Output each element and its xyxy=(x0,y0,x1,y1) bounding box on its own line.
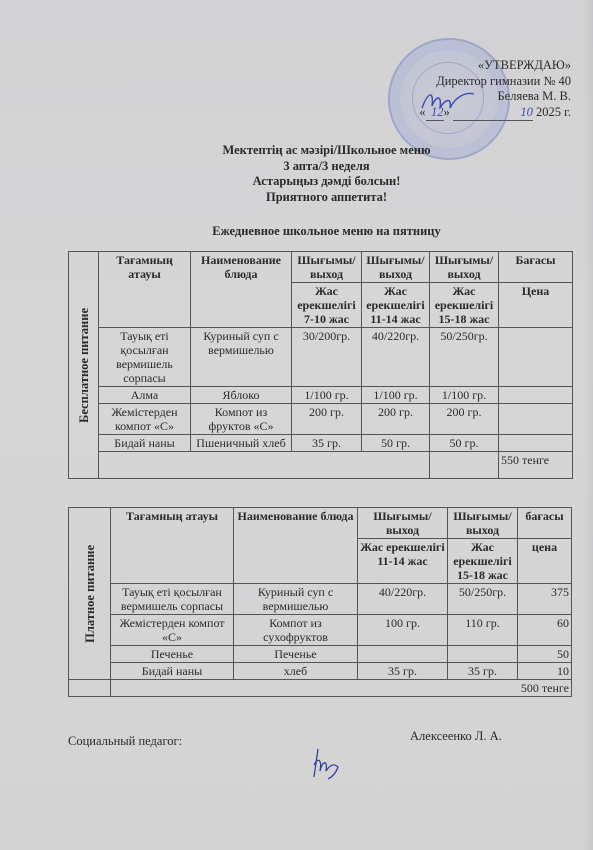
footer-role: Социальный педагог: xyxy=(68,734,182,749)
title-line-2: 3 апта/3 неделя xyxy=(60,159,593,175)
title-line-1: Мектептің ас мәзірі/Школьное меню xyxy=(60,143,593,159)
header-price-ru: Цена xyxy=(499,283,573,328)
table-row: Тауық еті қосылған вермишель сорпасы Кур… xyxy=(69,584,572,615)
header-age-15-18: Жас ерекшелігі 15-18 жас xyxy=(430,283,499,328)
header-age-15-18: Жас ерекшелігі 15-18 жас xyxy=(448,539,518,584)
header-age-11-14: Жас ерекшелігі 11-14 жас xyxy=(358,539,448,584)
page-edge-shadow xyxy=(583,0,593,850)
header-output-2: Шығымы/ выход xyxy=(362,252,430,283)
free-menu-side-label: Бесплатное питание xyxy=(69,252,99,479)
header-name-kz: Тағамның атауы xyxy=(111,508,234,584)
menu-subtitle: Ежедневное школьное меню на пятницу xyxy=(0,224,593,239)
approval-date-day: 12 xyxy=(426,105,444,122)
header-output-1: Шығымы/ выход xyxy=(358,508,448,539)
table-header-row: Бесплатное питание Тағамның атауы Наимен… xyxy=(69,252,573,283)
header-output-3: Шығымы/ выход xyxy=(430,252,499,283)
menu-title-block: Мектептің ас мәзірі/Школьное меню 3 апта… xyxy=(0,143,593,205)
paid-menu-table: Платное питание Тағамның атауы Наименова… xyxy=(68,507,572,697)
table-row: Алма Яблоко 1/100 гр. 1/100 гр. 1/100 гр… xyxy=(69,387,573,404)
header-price-ru: цена xyxy=(518,539,572,584)
approval-date-month: 10 xyxy=(453,105,533,122)
approval-date: «12» 10 2025 г. xyxy=(419,105,571,122)
table-total-row: 500 тенге xyxy=(69,680,572,697)
title-line-4: Приятного аппетита! xyxy=(60,190,593,206)
header-price-kz: бағасы xyxy=(518,508,572,539)
table-row: Жемістерден компот «С» Компот из сухофру… xyxy=(69,615,572,646)
table-total-row: 550 тенге xyxy=(69,452,573,479)
header-name-ru: Наименование блюда xyxy=(234,508,358,584)
approval-date-year: 2025 г. xyxy=(536,105,571,119)
header-age-7-10: Жас ерекшелігі 7-10 жас xyxy=(292,283,362,328)
header-age-11-14: Жас ерекшелігі 11-14 жас xyxy=(362,283,430,328)
table-row: Печенье Печенье 50 xyxy=(69,646,572,663)
footer-name: Алексеенко Л. А. xyxy=(410,729,502,744)
header-price-kz: Бағасы xyxy=(499,252,573,283)
approval-position: Директор гимназии № 40 xyxy=(419,74,571,90)
table-row: Бидай наны Пшеничный хлеб 35 гр. 50 гр. … xyxy=(69,435,573,452)
paid-menu-total: 500 тенге xyxy=(111,680,572,697)
approval-name: Беляева М. В. xyxy=(419,89,571,105)
header-output-2: Шығымы/ выход xyxy=(448,508,518,539)
free-menu-total: 550 тенге xyxy=(499,452,573,479)
approval-title: «УТВЕРЖДАЮ» xyxy=(419,58,571,74)
paid-menu-side-label: Платное питание xyxy=(69,508,111,680)
title-line-3: Астарыңыз дәмді болсын! xyxy=(60,174,593,190)
social-pedagogue-signature xyxy=(308,745,344,781)
header-name-kz: Тағамның атауы xyxy=(99,252,191,328)
header-output-1: Шығымы/ выход xyxy=(292,252,362,283)
table-row: Бидай наны хлеб 35 гр. 35 гр. 10 xyxy=(69,663,572,680)
table-row: Тауық еті қосылған вермишель сорпасы Кур… xyxy=(69,328,573,387)
table-row: Жемістерден компот «С» Компот из фруктов… xyxy=(69,404,573,435)
table-header-row: Платное питание Тағамның атауы Наименова… xyxy=(69,508,572,539)
free-menu-table: Бесплатное питание Тағамның атауы Наимен… xyxy=(68,251,573,479)
header-name-ru: Наименование блюда xyxy=(191,252,292,328)
approval-block: «УТВЕРЖДАЮ» Директор гимназии № 40 Беляе… xyxy=(419,58,571,121)
